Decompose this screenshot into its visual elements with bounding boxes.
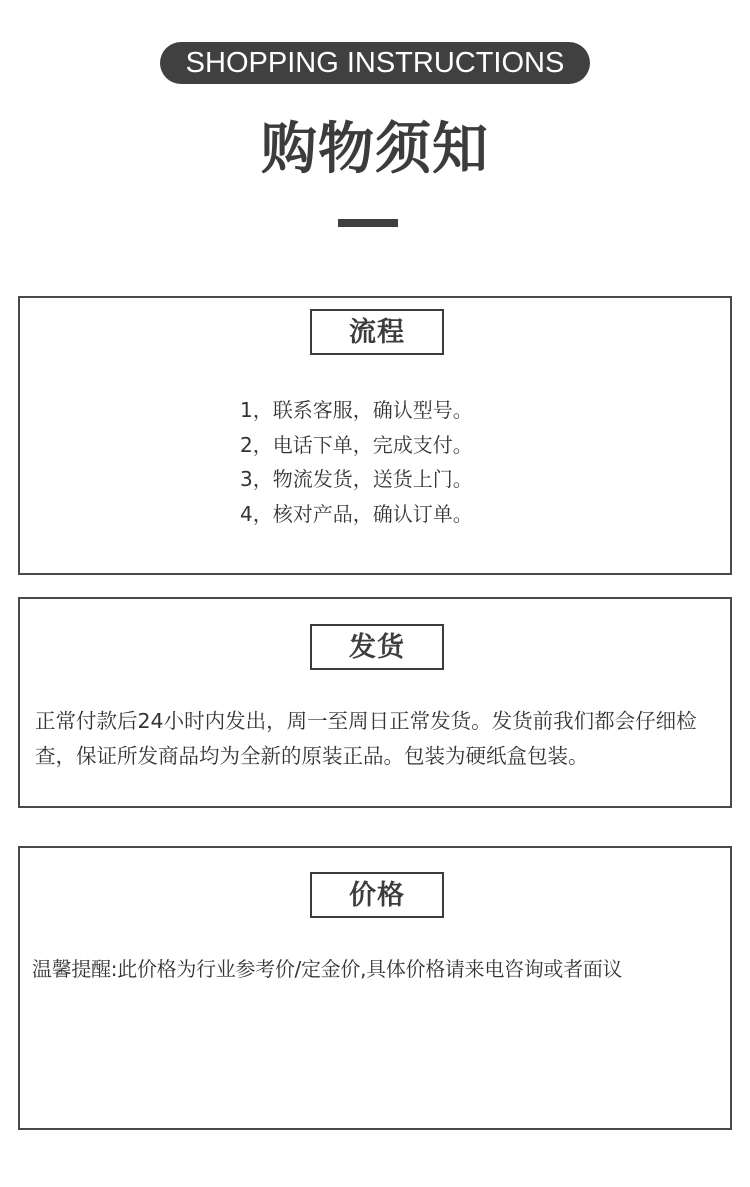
process-step: 4，核对产品，确认订单。 [240, 497, 473, 532]
section-label-shipping: 发货 [310, 624, 444, 670]
section-label-price: 价格 [310, 872, 444, 918]
section-label-text: 发货 [349, 634, 405, 661]
banner-text: SHOPPING INSTRUCTIONS [186, 49, 565, 78]
process-step: 1，联系客服，确认型号。 [240, 393, 473, 428]
section-shipping: 发货 正常付款后24小时内发出，周一至周日正常发货。发货前我们都会仔细检查，保证… [18, 597, 732, 808]
section-label-process: 流程 [310, 309, 444, 355]
price-notice: 温馨提醒:此价格为行业参考价/定金价,具体价格请来电咨询或者面议 [32, 952, 722, 987]
title-divider [338, 219, 398, 227]
process-step: 3，物流发货，送货上门。 [240, 462, 473, 497]
shipping-description: 正常付款后24小时内发出，周一至周日正常发货。发货前我们都会仔细检查，保证所发商… [35, 704, 725, 774]
section-label-text: 流程 [349, 319, 405, 346]
page-title: 购物须知 [0, 115, 750, 185]
shopping-instructions-banner: SHOPPING INSTRUCTIONS [160, 42, 590, 84]
section-label-text: 价格 [349, 882, 405, 909]
section-price: 价格 温馨提醒:此价格为行业参考价/定金价,具体价格请来电咨询或者面议 [18, 846, 732, 1130]
section-process: 流程 1，联系客服，确认型号。 2，电话下单，完成支付。 3，物流发货，送货上门… [18, 296, 732, 575]
process-step: 2，电话下单，完成支付。 [240, 428, 473, 463]
process-steps-list: 1，联系客服，确认型号。 2，电话下单，完成支付。 3，物流发货，送货上门。 4… [240, 393, 473, 531]
